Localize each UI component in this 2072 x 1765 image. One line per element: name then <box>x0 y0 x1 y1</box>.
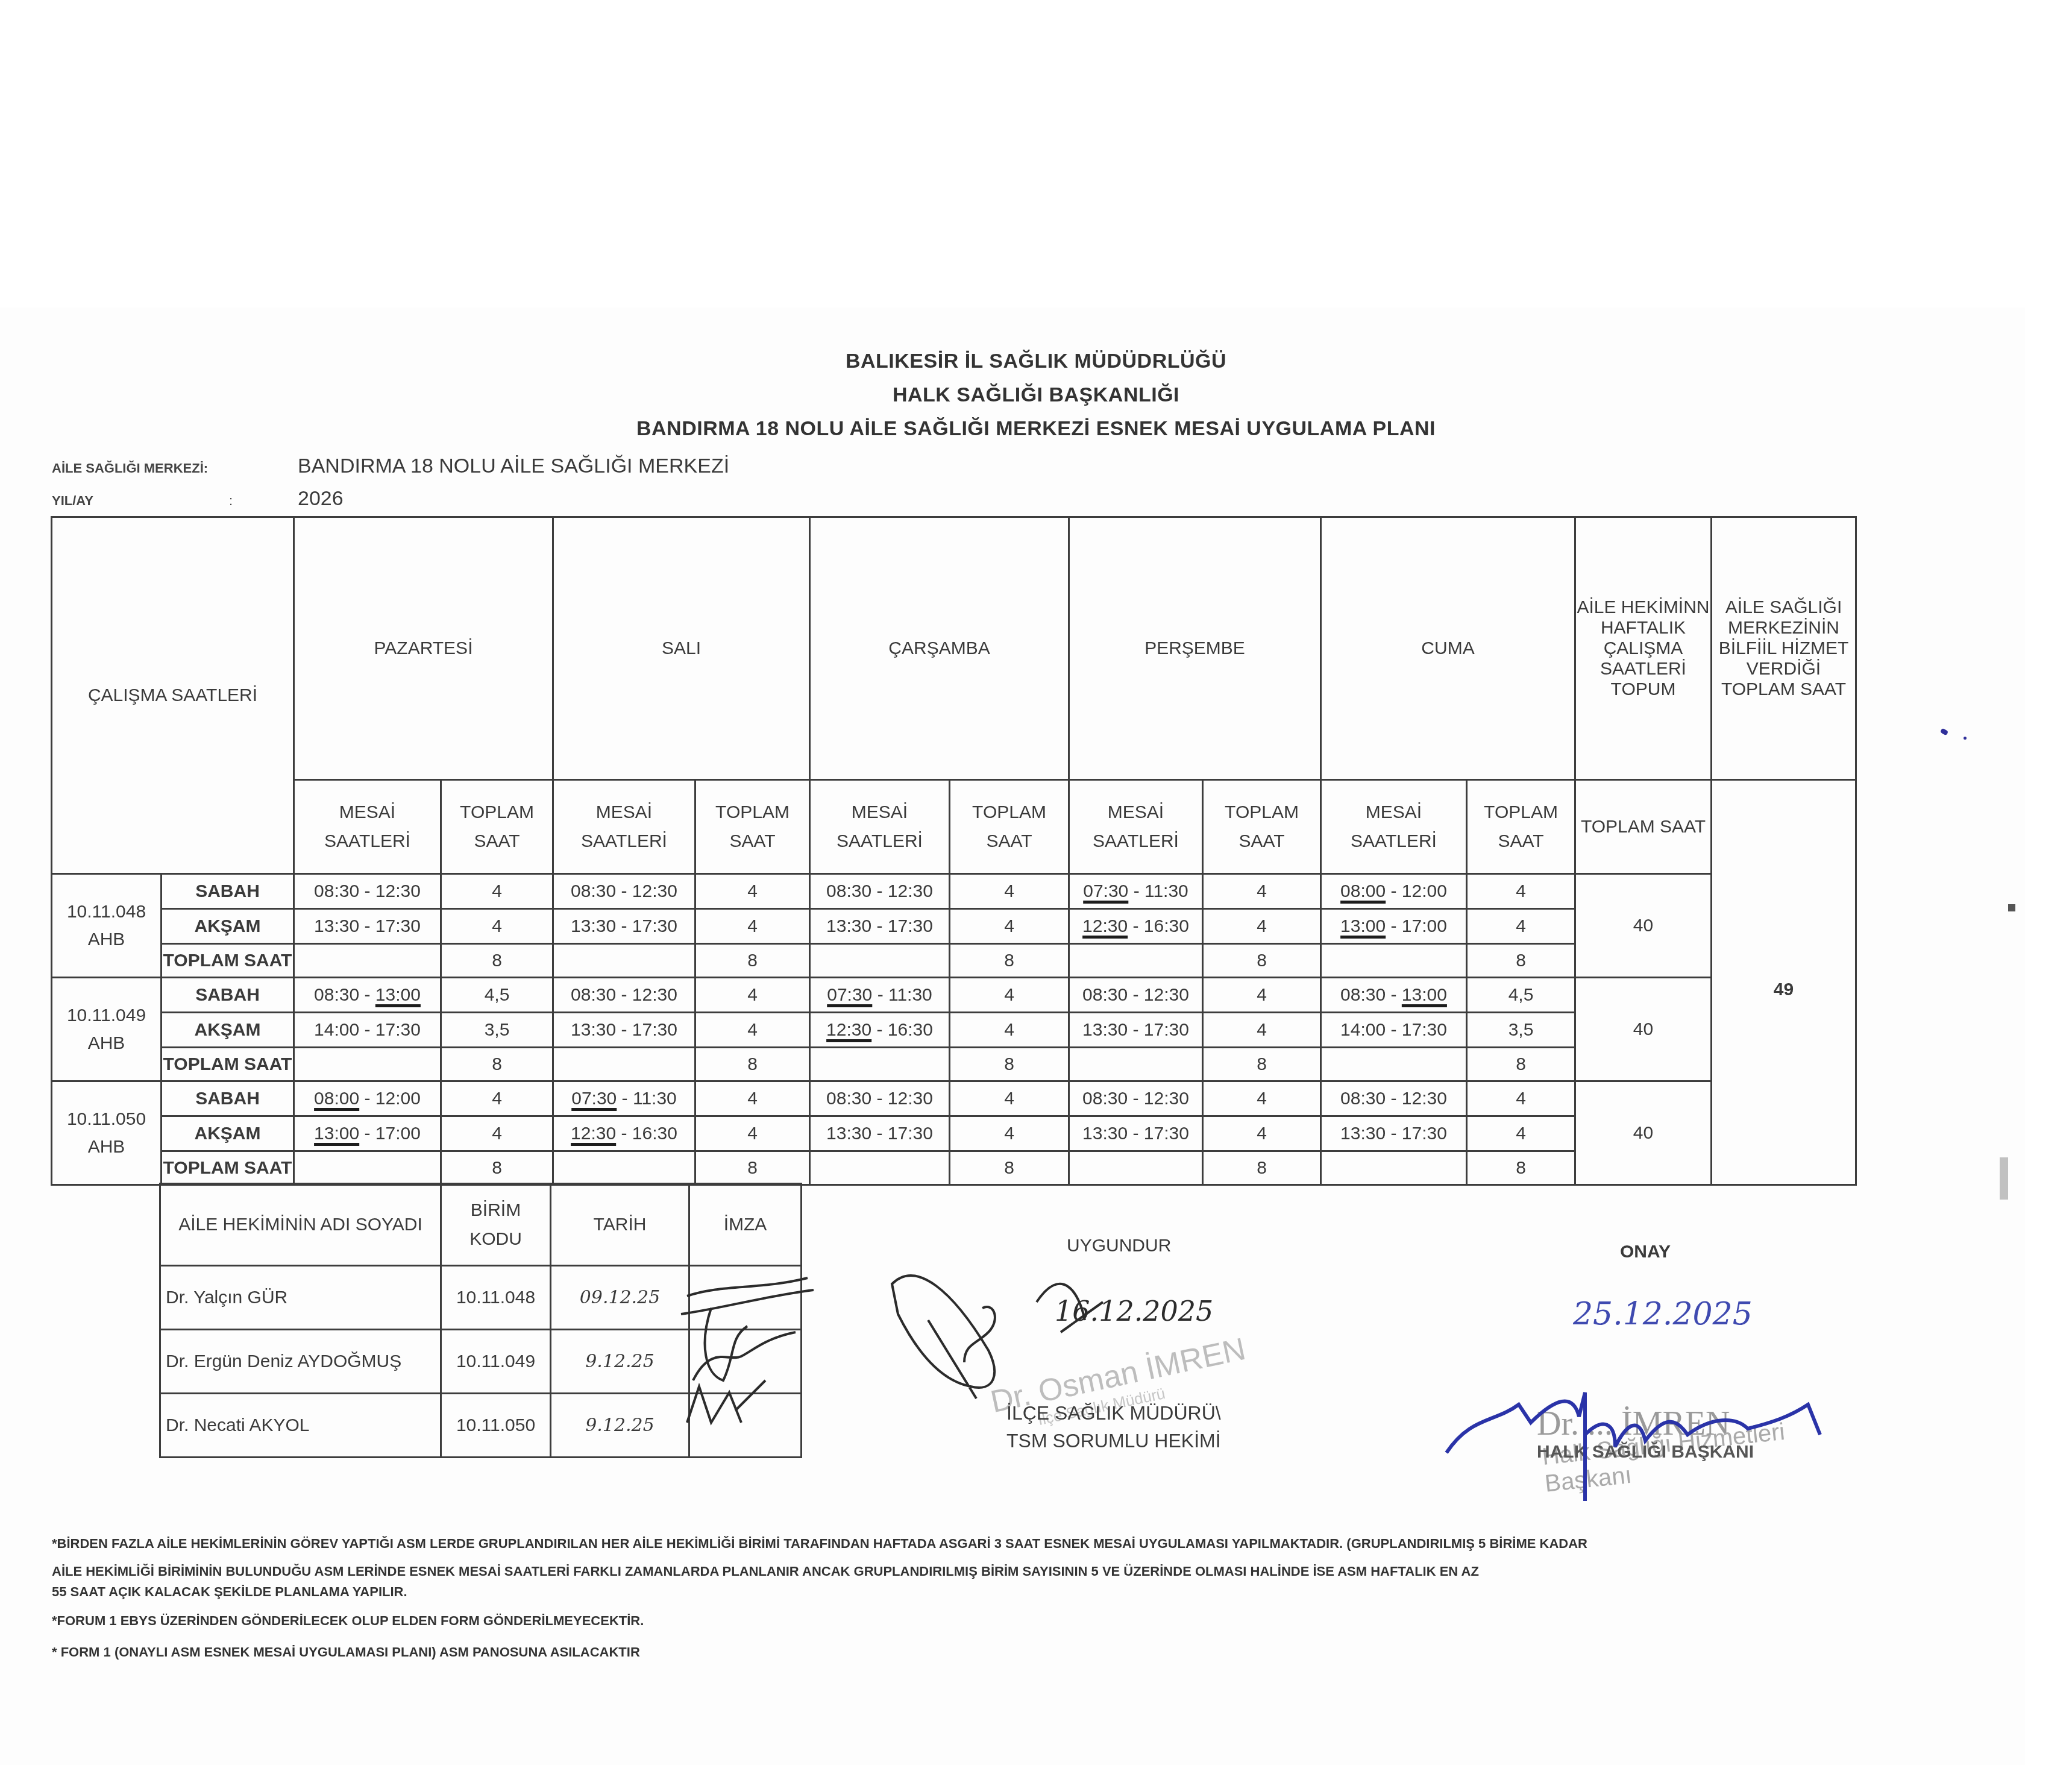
time-range: 08:30 - 12:30 <box>810 874 950 909</box>
head-signature-icon <box>1434 1380 1832 1501</box>
document-title: BANDIRMA 18 NOLU AİLE SAĞLIĞI MERKEZİ ES… <box>0 417 2072 441</box>
time-range: 08:30 - 12:30 <box>810 1081 950 1116</box>
day-header-thursday: PERŞEMBE <box>1069 517 1321 780</box>
shift-hours: 4 <box>950 978 1069 1013</box>
note-line-2: AİLE HEKİMLİĞİ BİRİMİNİN BULUNDUĞU ASM L… <box>52 1564 1739 1579</box>
time-range: 13:30 - 17:30 <box>553 909 695 944</box>
handwritten-underline: 08:00 <box>314 1089 359 1109</box>
daily-time-range <box>1321 1048 1467 1081</box>
daily-total-hours: 8 <box>950 1048 1069 1081</box>
shift-label: AKŞAM <box>162 909 294 944</box>
shift-hours: 4 <box>1203 874 1321 909</box>
district-approval-date: 16.12.2025 <box>1055 1295 1213 1327</box>
shift-label: TOPLAM SAAT <box>162 1048 294 1081</box>
shift-hours: 4 <box>695 1081 810 1116</box>
sig-header-date: TARİH <box>551 1184 689 1266</box>
time-range: 12:30 - 16:30 <box>810 1013 950 1048</box>
unit-code-cell: 10.11.048AHB <box>52 874 162 978</box>
daily-total-hours: 8 <box>441 1048 553 1081</box>
unit-code-cell: 10.11.050AHB <box>52 1081 162 1185</box>
shift-hours: 4 <box>1467 1081 1575 1116</box>
shift-hours: 4 <box>1467 874 1575 909</box>
weekly-hours-header: AİLE HEKİMİNN HAFTALIK ÇALIŞMA SAATLERİ … <box>1575 517 1712 780</box>
shift-hours: 4 <box>695 1116 810 1151</box>
head-approval-date: 25.12.2025 <box>1573 1296 1753 1332</box>
shift-hours: 3,5 <box>1467 1013 1575 1048</box>
daily-total-hours: 8 <box>441 944 553 978</box>
time-range: 14:00 - 17:30 <box>294 1013 441 1048</box>
day-header-wednesday: ÇARŞAMBA <box>810 517 1069 780</box>
subheader-total-hours: TOPLAM SAAT <box>441 780 553 874</box>
handwritten-underline: 12:30 <box>571 1124 616 1144</box>
daily-time-range <box>810 1151 950 1185</box>
shift-hours: 3,5 <box>441 1013 553 1048</box>
shift-hours: 4 <box>1467 1116 1575 1151</box>
daily-time-range <box>1069 1151 1203 1185</box>
shift-hours: 4 <box>1203 1116 1321 1151</box>
time-range: 08:30 - 12:30 <box>1069 978 1203 1013</box>
sig-header-name: AİLE HEKİMİNİN ADI SOYADI <box>160 1184 441 1266</box>
shift-hours: 4 <box>950 909 1069 944</box>
physician-name: Dr. Yalçın GÜR <box>160 1266 441 1330</box>
district-role-line1: İLÇE SAĞLIK MÜDÜRÜ\ <box>1006 1402 1221 1424</box>
daily-total-hours: 8 <box>1203 944 1321 978</box>
shift-hours: 4 <box>950 1116 1069 1151</box>
handwritten-underline: 12:30 <box>826 1020 871 1040</box>
shift-label: SABAH <box>162 1081 294 1116</box>
day-header-friday: CUMA <box>1321 517 1575 780</box>
shift-hours: 4 <box>950 1013 1069 1048</box>
handwritten-underline: 13:00 <box>1340 916 1386 936</box>
time-range: 08:30 - 12:30 <box>553 978 695 1013</box>
ink-speck <box>1964 737 1967 740</box>
subheader-work-hours: MESAİ SAATLERİ <box>294 780 441 874</box>
handwritten-date: 9.12.25 <box>551 1330 689 1394</box>
district-role-line2: TSM SORUMLU HEKİMİ <box>1006 1430 1221 1452</box>
weekly-total-subheader: TOPLAM SAAT <box>1575 780 1712 874</box>
note-line-3: 55 SAAT AÇIK KALACAK ŞEKİLDE PLANLAMA YA… <box>52 1584 1739 1600</box>
shift-hours: 4 <box>1203 1081 1321 1116</box>
daily-total-hours: 8 <box>1467 1048 1575 1081</box>
schedule-table: ÇALIŞMA SAATLERİ PAZARTESİ SALI ÇARŞAMBA… <box>51 516 1857 1186</box>
daily-time-range <box>294 1048 441 1081</box>
shift-label: TOPLAM SAAT <box>162 944 294 978</box>
daily-time-range <box>553 944 695 978</box>
time-range: 07:30 - 11:30 <box>1069 874 1203 909</box>
shift-label: AKŞAM <box>162 1116 294 1151</box>
time-range: 12:30 - 16:30 <box>1069 909 1203 944</box>
daily-time-range <box>1321 944 1467 978</box>
header-department: HALK SAĞLIĞI BAŞKANLIĞI <box>0 383 2072 407</box>
time-range: 13:00 - 17:00 <box>294 1116 441 1151</box>
shift-hours: 4 <box>1203 909 1321 944</box>
handwritten-date: 09.12.25 <box>551 1266 689 1330</box>
handwritten-underline: 13:00 <box>375 985 421 1005</box>
time-range: 13:30 - 17:30 <box>810 1116 950 1151</box>
shift-hours: 4 <box>441 1116 553 1151</box>
shift-label: SABAH <box>162 978 294 1013</box>
subheader-work-hours: MESAİ SAATLERİ <box>553 780 695 874</box>
shift-hours: 4 <box>950 1081 1069 1116</box>
daily-total-hours: 8 <box>695 1048 810 1081</box>
shift-hours: 4 <box>1467 909 1575 944</box>
daily-total-hours: 8 <box>1467 1151 1575 1185</box>
center-total-value: 49 <box>1712 780 1856 1185</box>
daily-total-hours: 8 <box>695 944 810 978</box>
daily-time-range <box>810 1048 950 1081</box>
daily-time-range <box>294 944 441 978</box>
time-range: 13:30 - 17:30 <box>1069 1116 1203 1151</box>
time-range: 13:30 - 17:30 <box>1321 1116 1467 1151</box>
daily-total-hours: 8 <box>1203 1048 1321 1081</box>
handwritten-underline: 12:30 <box>1082 916 1128 936</box>
unit-code: 10.11.050 <box>441 1394 551 1458</box>
shift-hours: 4,5 <box>441 978 553 1013</box>
subheader-total-hours: TOPLAM SAAT <box>695 780 810 874</box>
unit-code-cell: 10.11.049AHB <box>52 978 162 1081</box>
time-range: 13:30 - 17:30 <box>810 909 950 944</box>
day-header-monday: PAZARTESİ <box>294 517 553 780</box>
shift-label: AKŞAM <box>162 1013 294 1048</box>
period-separator: : <box>229 493 233 509</box>
district-approval-title: UYGUNDUR <box>1067 1236 1171 1256</box>
time-range: 12:30 - 16:30 <box>553 1116 695 1151</box>
unit-code: 10.11.048 <box>441 1266 551 1330</box>
shift-hours: 4 <box>441 1081 553 1116</box>
shift-label: SABAH <box>162 874 294 909</box>
handwritten-date: 9.12.25 <box>551 1394 689 1458</box>
handwritten-underline: 07:30 <box>827 985 872 1005</box>
daily-time-range <box>810 944 950 978</box>
sig-header-code: BİRİM KODU <box>441 1184 551 1266</box>
weekly-total-value: 40 <box>1575 978 1712 1081</box>
unit-code: 10.11.049 <box>441 1330 551 1394</box>
time-range: 08:00 - 12:00 <box>1321 874 1467 909</box>
time-range: 07:30 - 11:30 <box>810 978 950 1013</box>
note-line-5: * FORM 1 (ONAYLI ASM ESNEK MESAİ UYGULAM… <box>52 1644 1739 1660</box>
header-directorate: BALIKESİR İL SAĞLIK MÜDÜDRLÜĞÜ <box>0 350 2072 373</box>
daily-time-range <box>1069 1048 1203 1081</box>
schedule-row-sabah: 10.11.048AHBSABAH08:30 - 12:30408:30 - 1… <box>52 874 1856 909</box>
shift-hours: 4 <box>695 909 810 944</box>
head-approval-title: ONAY <box>1620 1242 1671 1262</box>
time-range: 08:30 - 13:00 <box>1321 978 1467 1013</box>
time-range: 08:30 - 13:00 <box>294 978 441 1013</box>
handwritten-underline: 07:30 <box>571 1089 617 1109</box>
handwritten-underline: 13:00 <box>1402 985 1447 1005</box>
time-range: 13:30 - 17:30 <box>553 1013 695 1048</box>
subheader-total-hours: TOPLAM SAAT <box>1203 780 1321 874</box>
daily-total-hours: 8 <box>950 944 1069 978</box>
time-range: 08:30 - 12:30 <box>553 874 695 909</box>
center-label: AİLE SAĞLIĞI MERKEZİ: <box>52 461 208 476</box>
daily-time-range <box>553 1048 695 1081</box>
subheader-total-hours: TOPLAM SAAT <box>950 780 1069 874</box>
shift-hours: 4 <box>1203 1013 1321 1048</box>
time-range: 08:30 - 12:30 <box>1321 1081 1467 1116</box>
physician-name: Dr. Ergün Deniz AYDOĞMUŞ <box>160 1330 441 1394</box>
day-header-tuesday: SALI <box>553 517 810 780</box>
schedule-row-sabah: 10.11.050AHBSABAH08:00 - 12:00407:30 - 1… <box>52 1081 1856 1116</box>
schedule-row-sabah: 10.11.049AHBSABAH08:30 - 13:004,508:30 -… <box>52 978 1856 1013</box>
note-line-1: *BİRDEN FAZLA AİLE HEKİMLERİNİN GÖREV YA… <box>52 1536 1739 1552</box>
daily-total-hours: 8 <box>695 1151 810 1185</box>
daily-total-hours: 8 <box>1467 944 1575 978</box>
daily-time-range <box>1069 944 1203 978</box>
weekly-total-value: 40 <box>1575 874 1712 978</box>
weekly-total-value: 40 <box>1575 1081 1712 1185</box>
time-range: 14:00 - 17:30 <box>1321 1013 1467 1048</box>
shift-hours: 4 <box>441 874 553 909</box>
shift-hours: 4 <box>1203 978 1321 1013</box>
time-range: 08:30 - 12:30 <box>1069 1081 1203 1116</box>
sig-header-signature: İMZA <box>689 1184 802 1266</box>
shift-hours: 4 <box>695 978 810 1013</box>
period-value: 2026 <box>298 487 344 511</box>
handwritten-underline: 08:00 <box>1340 881 1386 901</box>
handwritten-underline: 07:30 <box>1083 881 1128 901</box>
subheader-work-hours: MESAİ SAATLERİ <box>1069 780 1203 874</box>
time-range: 08:30 - 12:30 <box>294 874 441 909</box>
daily-time-range <box>553 1151 695 1185</box>
center-value: BANDIRMA 18 NOLU AİLE SAĞLIĞI MERKEZİ <box>298 455 729 478</box>
handwritten-underline: 13:00 <box>314 1124 359 1144</box>
time-range: 13:30 - 17:30 <box>1069 1013 1203 1048</box>
center-total-header: AİLE SAĞLIĞI MERKEZİNİN BİLFİİL HİZMET V… <box>1712 517 1856 780</box>
note-line-4: *FORUM 1 EBYS ÜZERİNDEN GÖNDERİLECEK OLU… <box>52 1613 1739 1629</box>
time-range: 07:30 - 11:30 <box>553 1081 695 1116</box>
physician-signatures-icon <box>675 1272 856 1453</box>
shift-hours: 4 <box>441 909 553 944</box>
time-range: 08:00 - 12:00 <box>294 1081 441 1116</box>
daily-total-hours: 8 <box>441 1151 553 1185</box>
time-range: 13:00 - 17:00 <box>1321 909 1467 944</box>
daily-total-hours: 8 <box>1203 1151 1321 1185</box>
daily-total-hours: 8 <box>950 1151 1069 1185</box>
daily-time-range <box>294 1151 441 1185</box>
shift-hours: 4 <box>695 1013 810 1048</box>
subheader-work-hours: MESAİ SAATLERİ <box>810 780 950 874</box>
period-label: YIL/AY <box>52 493 93 509</box>
subheader-total-hours: TOPLAM SAAT <box>1467 780 1575 874</box>
time-range: 13:30 - 17:30 <box>294 909 441 944</box>
shift-label: TOPLAM SAAT <box>162 1151 294 1185</box>
daily-time-range <box>1321 1151 1467 1185</box>
shift-hours: 4 <box>950 874 1069 909</box>
physician-name: Dr. Necati AKYOL <box>160 1394 441 1458</box>
shift-hours: 4,5 <box>1467 978 1575 1013</box>
scan-artifact <box>2000 1157 2008 1200</box>
scan-artifact <box>2008 904 2015 911</box>
shift-hours: 4 <box>695 874 810 909</box>
working-hours-header: ÇALIŞMA SAATLERİ <box>52 517 294 874</box>
subheader-work-hours: MESAİ SAATLERİ <box>1321 780 1467 874</box>
